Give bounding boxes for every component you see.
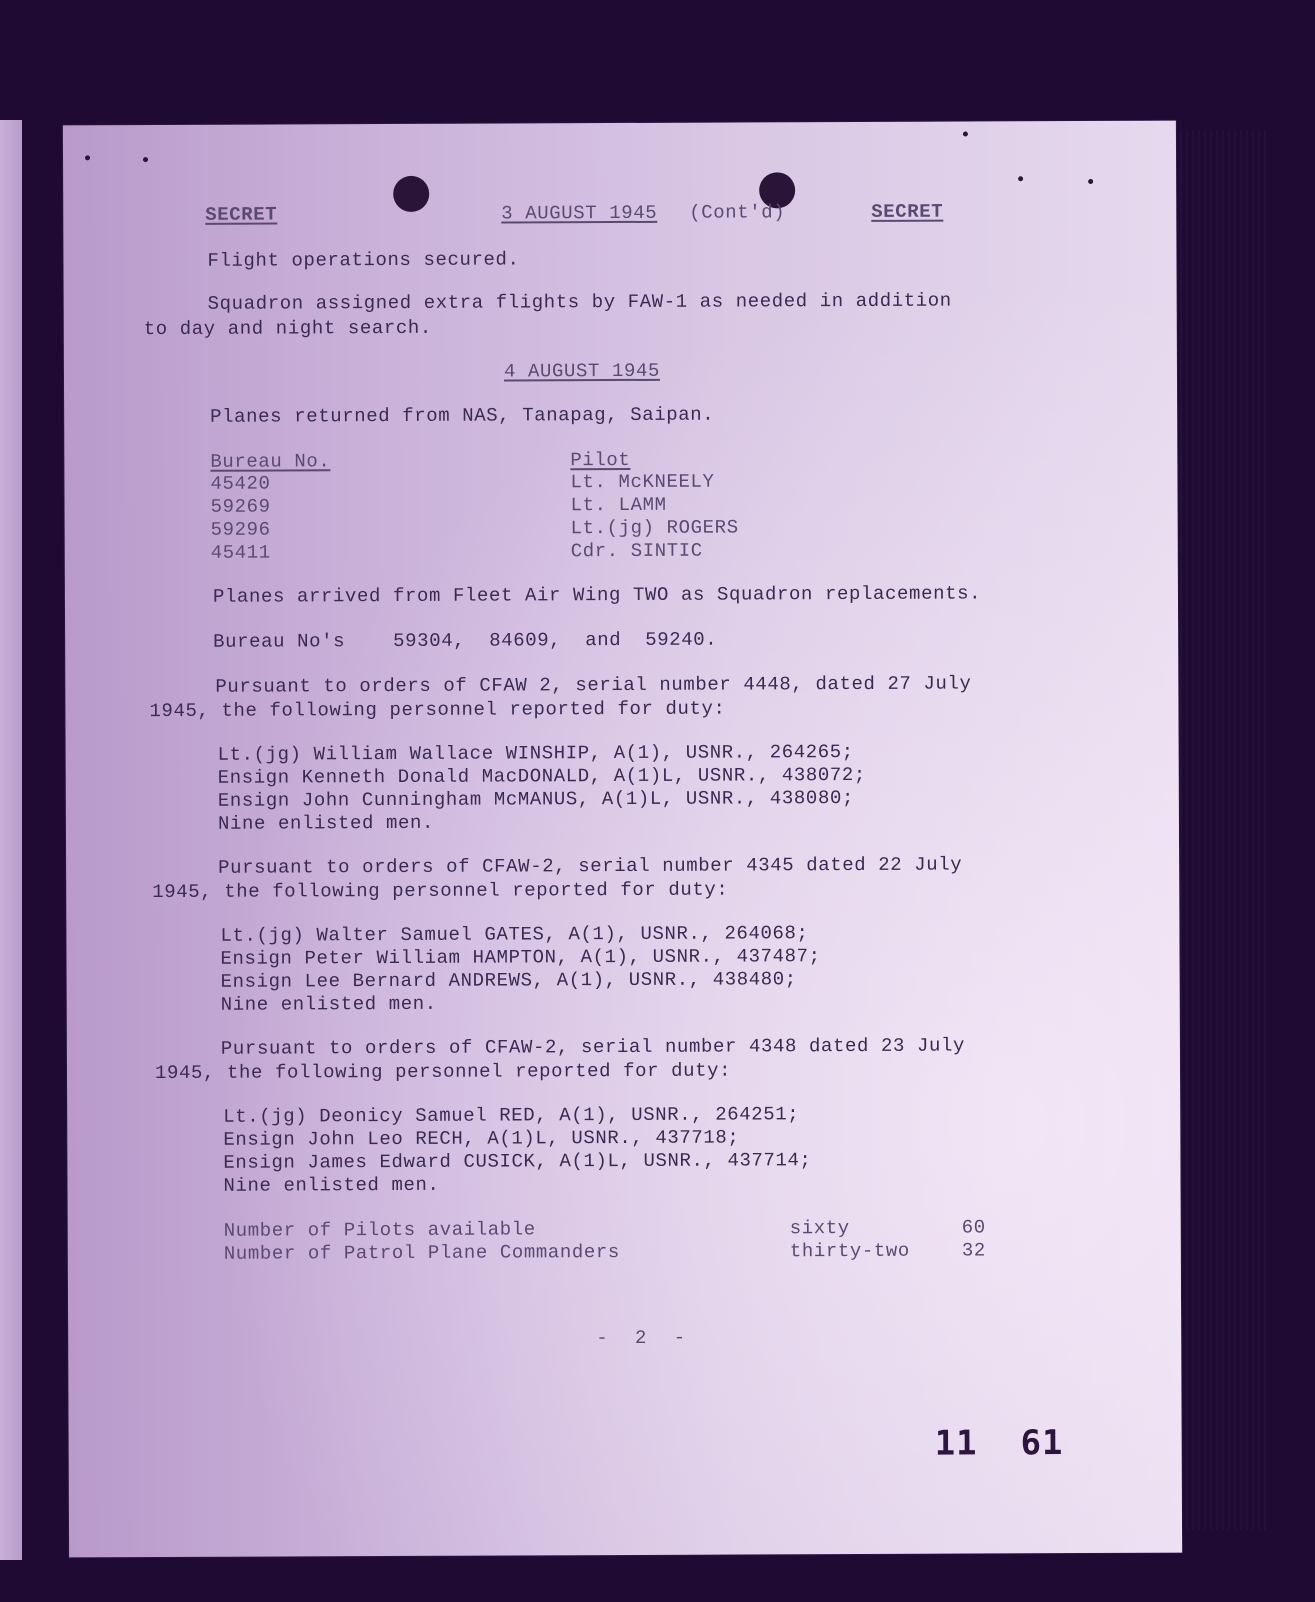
order-3-line-1: Pursuant to orders of CFAW-2, serial num… [221,1034,965,1061]
summary-label: Number of Patrol Plane Commanders [224,1240,620,1266]
table-cell-bureau: 59269 [210,495,270,519]
col-header-bureau: Bureau No. [210,449,330,474]
table-cell-bureau: 45420 [210,472,270,496]
personnel-item: Ensign John Cunningham McMANUS, A(1)L, U… [218,786,854,813]
personnel-item: Nine enlisted men. [221,992,437,1017]
personnel-item: Ensign James Edward CUSICK, A(1)L, USNR.… [223,1148,811,1175]
speck [1088,179,1093,184]
date-heading-aug4: 4 AUGUST 1945 [504,359,660,384]
continued-label: (Cont'd) [689,200,785,224]
summary-label: Number of Pilots available [224,1217,536,1242]
page-number: - 2 - [596,1326,693,1350]
planes-returned: Planes returned from NAS, Tanapag, Saipa… [210,403,714,429]
bureau-numbers: Bureau No's 59304, 84609, and 59240. [213,628,717,654]
table-cell-pilot: Lt. McKNEELY [570,470,714,495]
order-1-line-1: Pursuant to orders of CFAW 2, serial num… [215,671,971,698]
col-header-pilot: Pilot [570,448,630,472]
summary-words: sixty [790,1216,850,1240]
speck [85,155,90,160]
order-2-line-1: Pursuant to orders of CFAW-2, serial num… [218,853,962,880]
table-cell-bureau: 59296 [211,518,271,542]
speck [143,157,148,162]
date-heading: 3 AUGUST 1945 [501,201,657,226]
summary-number: 60 [962,1215,986,1239]
summary-number: 32 [962,1238,986,1262]
classification-right: SECRET [871,200,943,224]
table-cell-pilot: Lt. LAMM [570,493,666,517]
punch-hole [393,176,429,212]
speck [963,131,968,136]
planes-arrived: Planes arrived from Fleet Air Wing TWO a… [213,581,981,608]
classification-left: SECRET [205,203,277,227]
planes-table: Bureau No. Pilot 45420 Lt. McKNEELY 5926… [63,121,1176,126]
table-cell-pilot: Lt.(jg) ROGERS [571,515,739,540]
personnel-item: Ensign John Leo RECH, A(1)L, USNR., 4377… [223,1125,739,1151]
order-3-line-2: 1945, the following personnel reported f… [155,1059,731,1086]
film-margin [1180,130,1270,1530]
personnel-item: Nine enlisted men. [223,1173,439,1198]
table-cell-pilot: Cdr. SINTIC [571,539,703,564]
personnel-item: Nine enlisted men. [218,811,434,836]
order-1-line-2: 1945, the following personnel reported f… [149,697,725,724]
personnel-item: Ensign Lee Bernard ANDREWS, A(1), USNR.,… [221,967,797,994]
entry-flight-ops: Flight operations secured. [207,247,519,272]
table-cell-bureau: 45411 [211,541,271,565]
summary-words: thirty-two [790,1239,910,1264]
order-2-line-2: 1945, the following personnel reported f… [152,878,728,905]
entry-extra-flights-1: Squadron assigned extra flights by FAW-1… [208,289,952,316]
speck [1018,176,1023,181]
adjacent-film-frame [0,120,22,1560]
document-page: SECRET 3 AUGUST 1945 (Cont'd) SECRET Fli… [63,121,1182,1558]
frame-stamp: 11 61 [935,1431,1064,1456]
entry-extra-flights-2: to day and night search. [144,316,432,341]
